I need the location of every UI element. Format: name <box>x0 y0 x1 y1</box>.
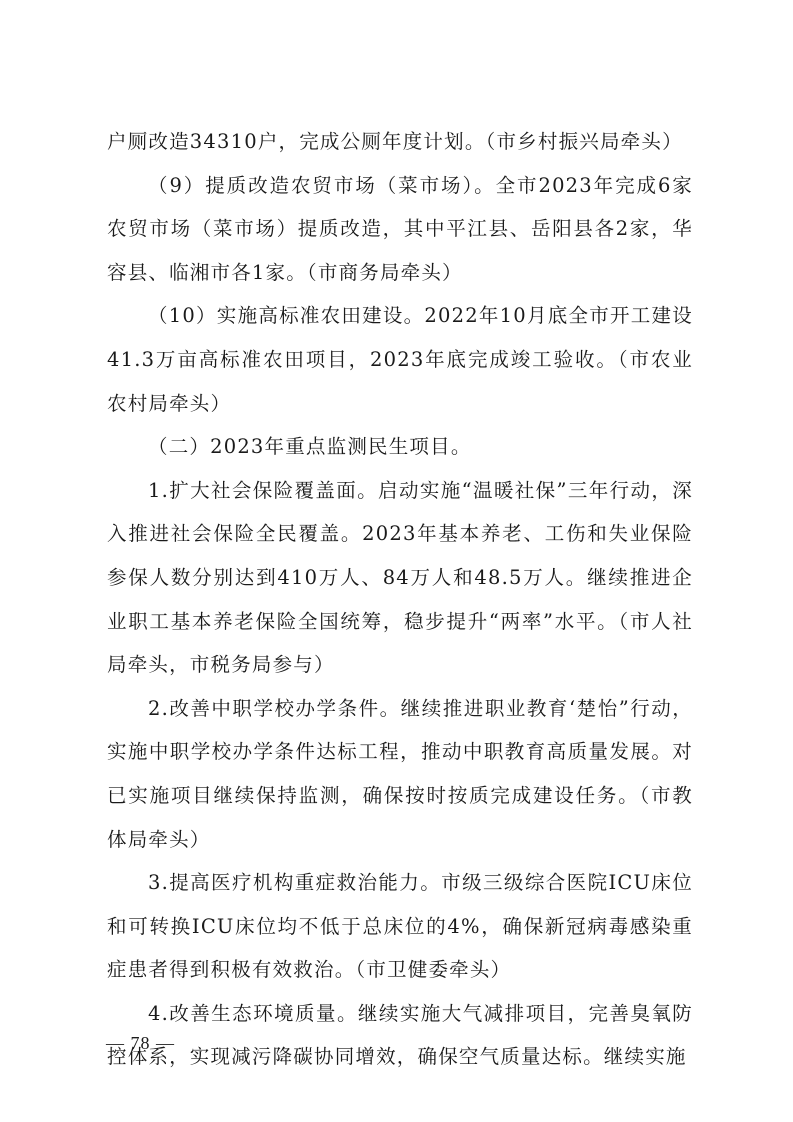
paragraph-project-1: 1.扩大社会保险覆盖面。启动实施“温暖社保”三年行动，深入推进社会保险全民覆盖。… <box>107 469 693 687</box>
document-page: 户厕改造34310户，完成公厕年度计划。（市乡村振兴局牵头） （9）提质改造农贸… <box>0 0 793 1122</box>
paragraph-project-2: 2.改善中职学校办学条件。继续推进职业教育‘楚怡”行动，实施中职学校办学条件达标… <box>107 687 693 861</box>
paragraph-continued: 户厕改造34310户，完成公厕年度计划。（市乡村振兴局牵头） <box>107 120 693 164</box>
section-heading-2: （二）2023年重点监测民生项目。 <box>107 425 693 469</box>
document-body: 户厕改造34310户，完成公厕年度计划。（市乡村振兴局牵头） （9）提质改造农贸… <box>107 120 693 1079</box>
paragraph-project-3: 3.提高医疗机构重症救治能力。市级三级综合医院ICU床位和可转换ICU床位均不低… <box>107 861 693 992</box>
paragraph-item-10: （10）实施高标准农田建设。2022年10月底全市开工建设41.3万亩高标准农田… <box>107 294 693 425</box>
paragraph-project-4: 4.改善生态环境质量。继续实施大气减排项目，完善臭氧防控体系，实现减污降碳协同增… <box>107 992 693 1079</box>
paragraph-item-9: （9）提质改造农贸市场（菜市场）。全市2023年完成6家农贸市场（菜市场）提质改… <box>107 164 693 295</box>
page-number: — 78 — <box>106 1033 175 1054</box>
